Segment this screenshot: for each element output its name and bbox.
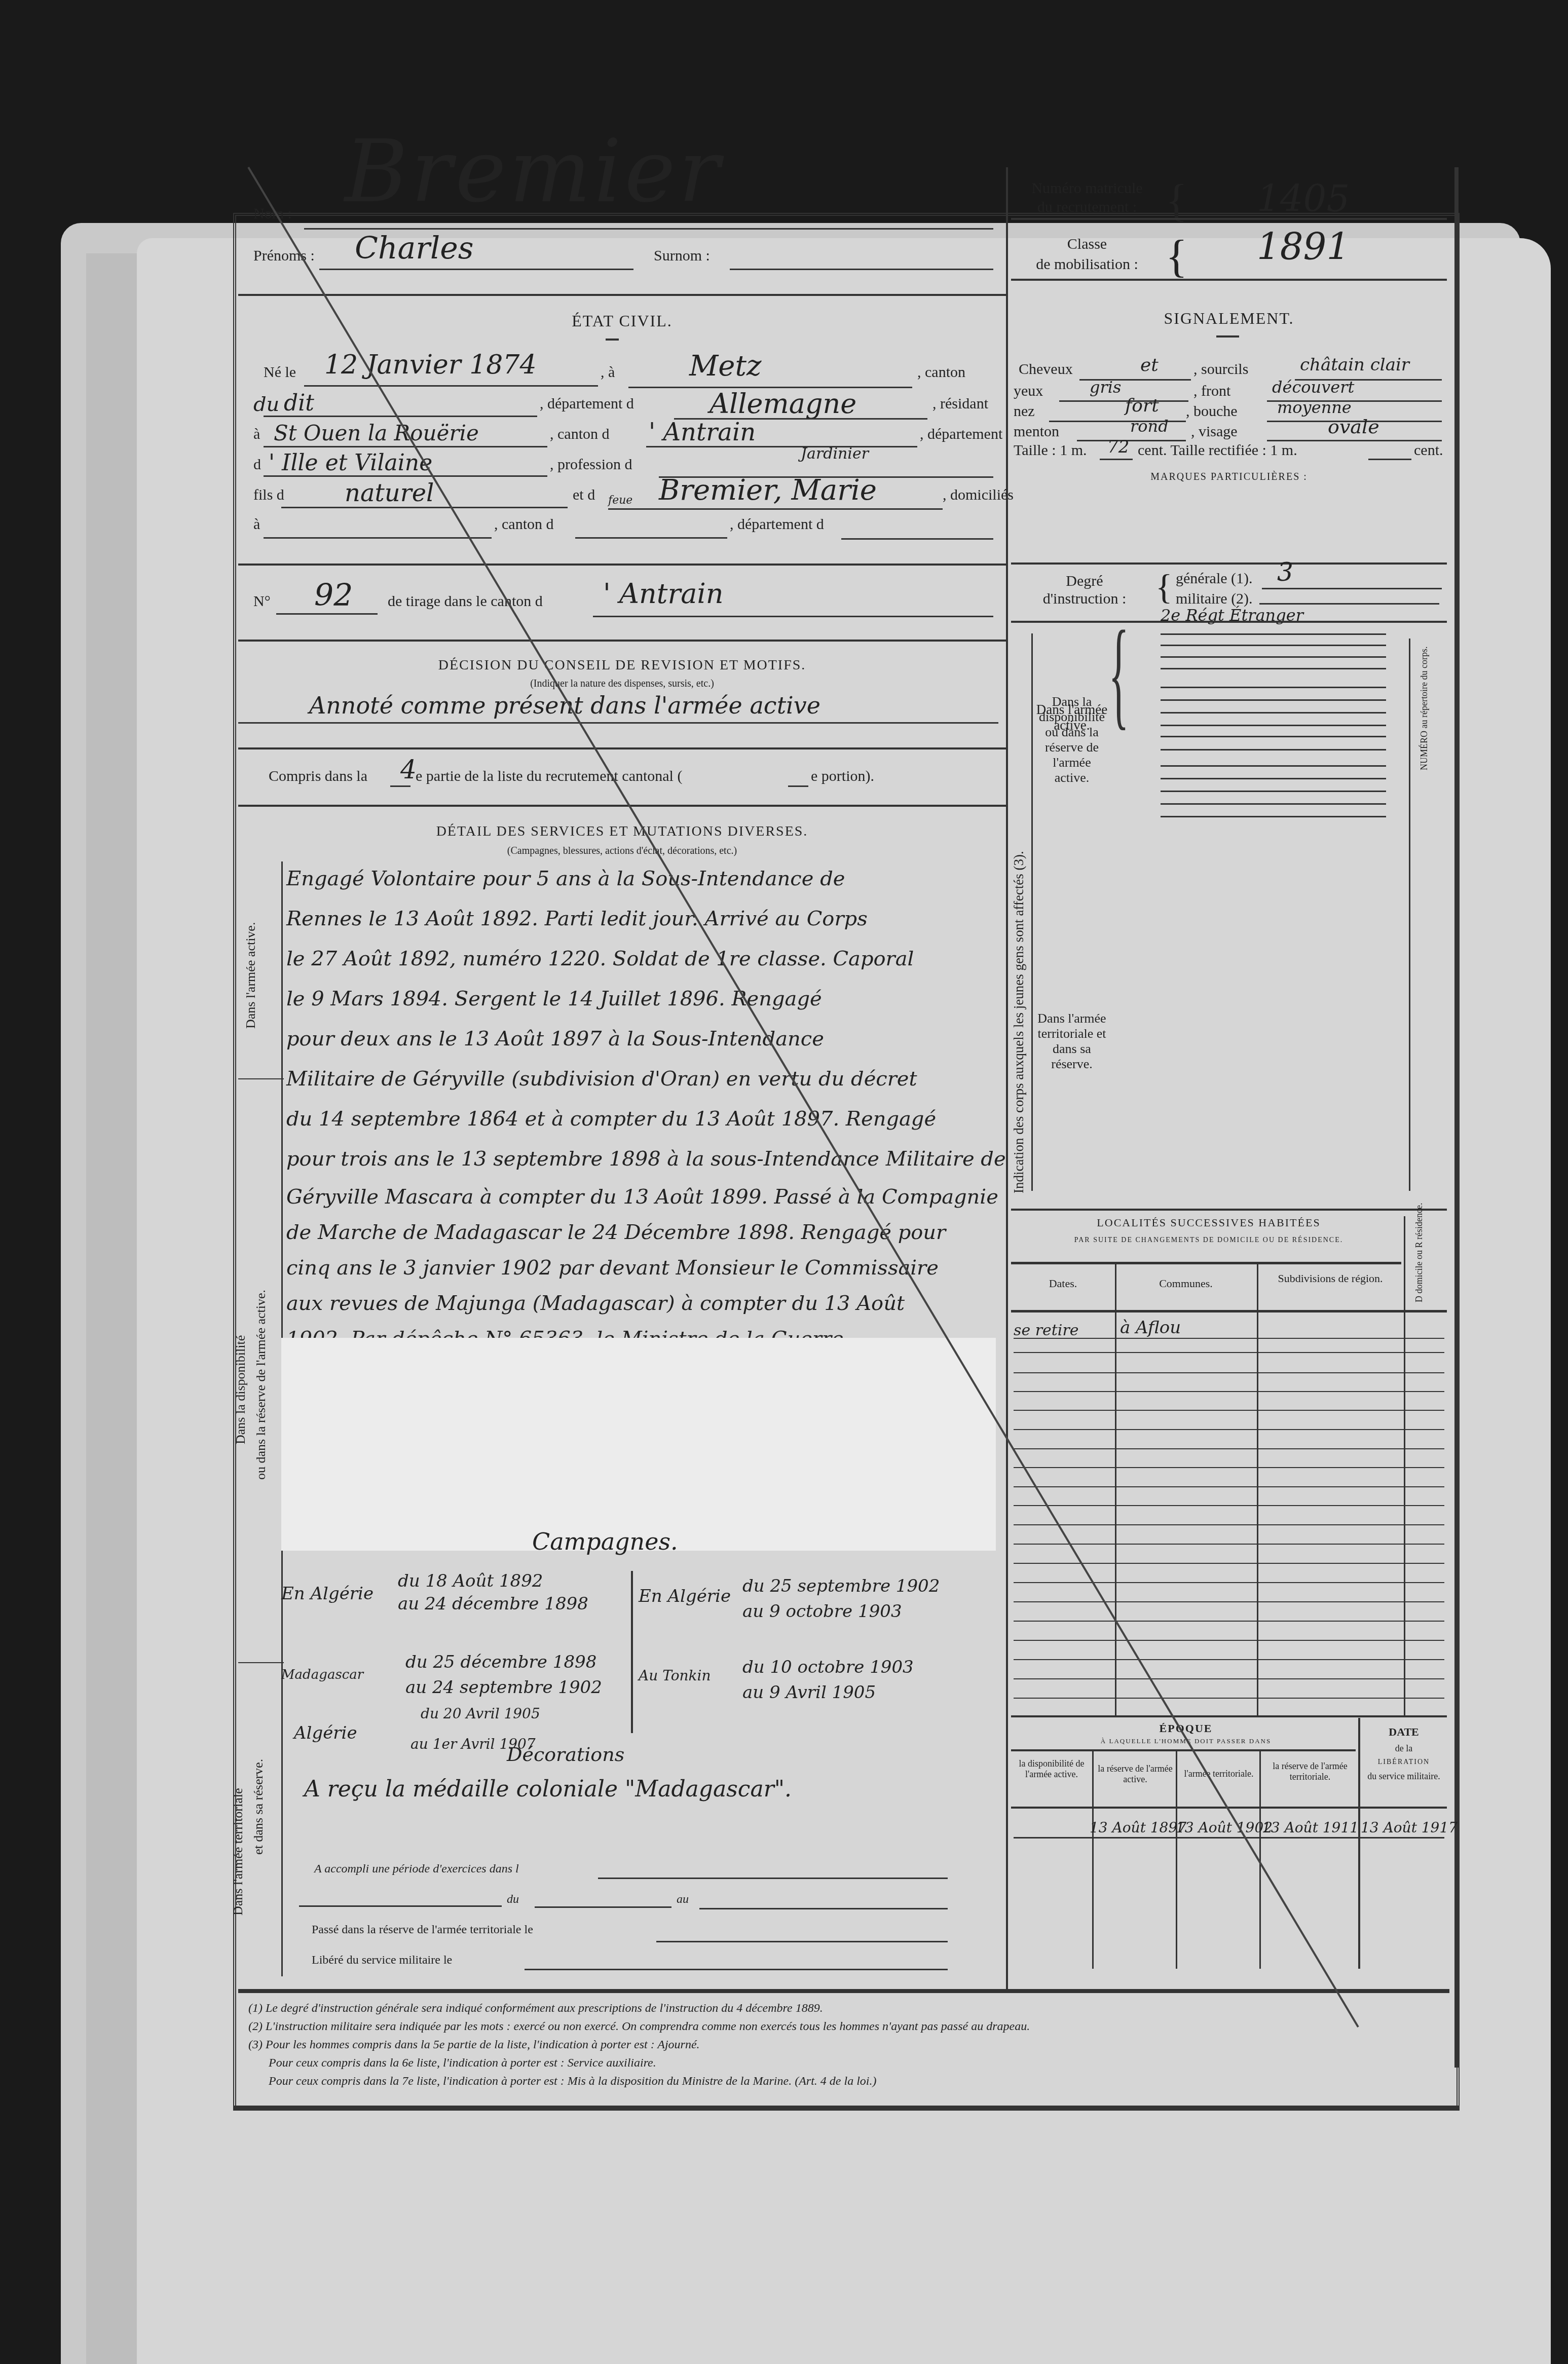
cancellation-strike <box>0 0 1568 2364</box>
